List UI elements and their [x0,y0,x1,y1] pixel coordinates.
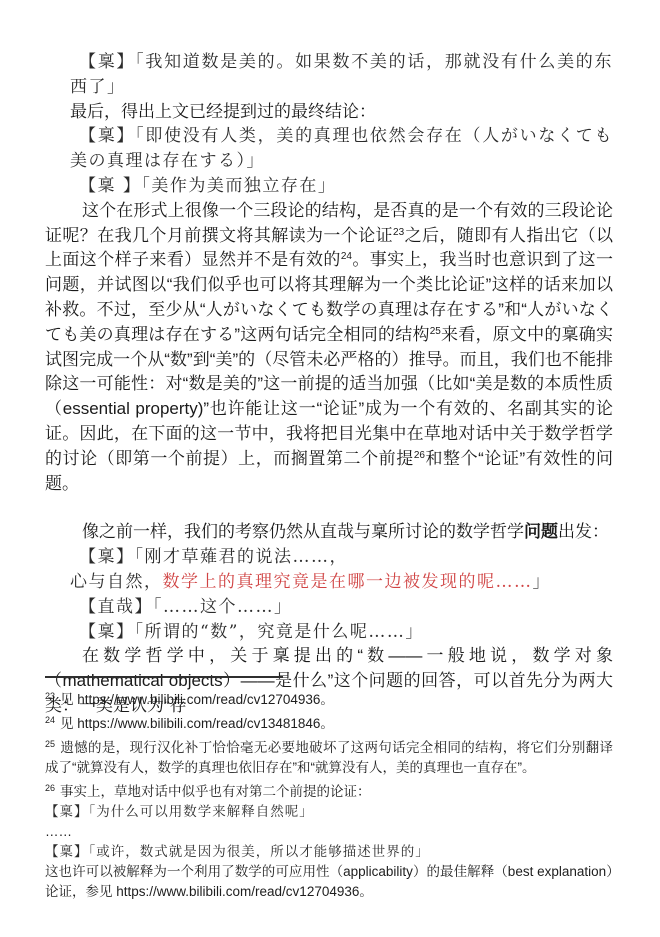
footnote-25: 25遗憾的是，现行汉化补丁恰恰毫无必要地破坏了这两句话完全相同的结构，将它们分别… [45,734,613,778]
paragraph-text: 来看，原文中的稟确实试图完成一个从“数”到“美”的（尽管未必严格的）推导。而且，… [45,325,613,468]
footnote-marker: 24 [45,715,60,725]
footnote-dialogue-rin-2: 【稟】「或许，数式就是因为很美，所以才能够描述世界的」 [45,842,613,862]
dialogue-line-rin-3: 【稟 】「美作为美而独立存在」 [45,174,613,199]
footnote-marker: 25 [45,739,60,749]
footnote-ref-24: 24 [341,251,352,262]
dialogue-text: 【稟】「或许，数式就是因为很美，所以才能够描述世界的」 [45,844,430,860]
dialogue-line-naoya: 【直哉】「……这个……」 [45,595,613,620]
footnote-text: 遗憾的是，现行汉化补丁恰恰毫无必要地破坏了这两句话完全相同的结构，将它们分别翻译… [45,740,613,775]
dialogue-text: 【稟】「刚才草薙君的说法……， [79,547,348,567]
paragraph-text: 像之前一样，我们的考察仍然从直哉与稟所讨论的数学哲学 [82,522,524,541]
footnote-text: 见 https://www.bilibili.com/read/cv127049… [60,692,334,707]
dialogue-text: 【稟 】「美作为美而独立存在」 [79,176,336,196]
dialogue-line-rin-4: 【稟】「刚才草薙君的说法……， [45,545,613,570]
footnote-text: 见 https://www.bilibili.com/read/cv134818… [60,716,334,731]
narrative-text: 最后，得出上文已经提到过的最终结论： [70,102,376,121]
footnote-ref-23: 23 [393,227,404,238]
footnote-24: 24见 https://www.bilibili.com/read/cv1348… [45,710,613,734]
main-text-area: 【稟】「我知道数是美的。如果数不美的话，那就没有什么美的东西了」 最后，得出上文… [45,50,613,719]
footnote-ellipsis: …… [45,822,613,842]
footnotes-area: 23见 https://www.bilibili.com/read/cv1270… [45,676,613,902]
dialogue-continuation-red: 心与自然，数学上的真理究竟是在哪一边被发现的呢……」 [45,570,613,595]
dialogue-text: 心与自然， [70,572,163,592]
red-emphasis-text: 数学上的真理究竟是在哪一边被发现的呢…… [163,572,533,592]
dialogue-text: 【稟】「我知道数是美的。如果数不美的话，那就没有什么美的东西了」 [70,52,613,97]
paragraph-like-before: 像之前一样，我们的考察仍然从直哉与稟所讨论的数学哲学问题出发： [45,520,613,545]
paragraph-syllogism: 这个在形式上很像一个三段论的结构，是否真的是一个有效的三段论论证呢？在我几个月前… [45,199,613,497]
narrative-line: 最后，得出上文已经提到过的最终结论： [45,100,613,125]
dialogue-text: 【稟】「即使没有人类，美的真理也依然会存在（人がいなくても美の真理は存在する）」 [70,126,613,171]
footnote-ref-26: 26 [414,450,425,461]
footnote-23: 23见 https://www.bilibili.com/read/cv1270… [45,686,613,710]
footnote-marker: 26 [45,783,60,793]
dialogue-text: 【稟】「为什么可以用数学来解释自然呢」 [45,804,314,820]
document-page: 【稟】「我知道数是美的。如果数不美的话，那就没有什么美的东西了」 最后，得出上文… [0,0,660,937]
footnote-separator [45,676,283,678]
dialogue-close-bracket: 」 [533,572,552,592]
footnote-ref-25: 25 [430,326,441,337]
footnote-26: 26事实上，草地对话中似乎也有对第二个前提的论证： [45,778,613,802]
dialogue-text: 【稟】「所谓的“数”，究竟是什么呢……」 [79,622,424,642]
ellipsis-text: …… [45,824,72,839]
dialogue-line-rin-2: 【稟】「即使没有人类，美的真理也依然会存在（人がいなくても美の真理は存在する）」 [45,124,613,174]
footnote-dialogue-rin-1: 【稟】「为什么可以用数学来解释自然呢」 [45,802,613,822]
paragraph-text: 出发： [558,522,609,541]
footnote-text: 这也许可以被解释为一个利用了数学的可应用性（applicability）的最佳解… [45,864,613,899]
bold-word: 问题 [524,522,558,541]
footnote-marker: 23 [45,691,60,701]
dialogue-line-rin-5: 【稟】「所谓的“数”，究竟是什么呢……」 [45,620,613,645]
footnote-text: 事实上，草地对话中似乎也有对第二个前提的论证： [60,784,371,799]
dialogue-line-rin-1: 【稟】「我知道数是美的。如果数不美的话，那就没有什么美的东西了」 [45,50,613,100]
footnote-26-tail: 这也许可以被解释为一个利用了数学的可应用性（applicability）的最佳解… [45,862,613,902]
dialogue-text: 【直哉】「……这个……」 [79,597,293,617]
